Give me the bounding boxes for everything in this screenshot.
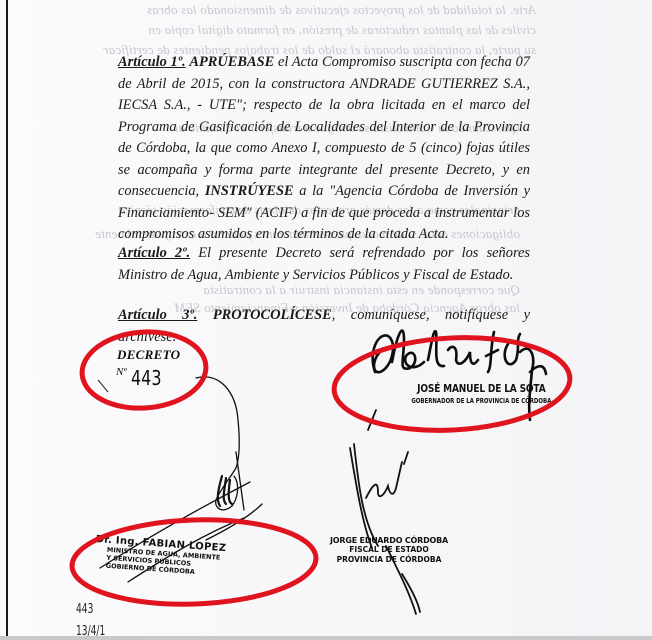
decree-number-value: 443 xyxy=(131,366,162,390)
bleed-through-text: civiles de las plantas reductoras de pre… xyxy=(116,22,536,38)
page-left-border xyxy=(6,0,8,636)
decree-number: Nº 443 xyxy=(116,366,169,390)
governor-name: JOSÉ MANUEL DE LA SOTA xyxy=(411,382,551,395)
decree-label: DECRETO xyxy=(117,347,180,363)
article-3-label: Artículo 3º. xyxy=(118,307,197,323)
article-1-keyword-2: INSTRÚYESE xyxy=(205,183,294,199)
article-1-keyword: APRÚEBASE xyxy=(189,54,274,70)
article-1-text-a: el Acta Compromiso suscripta con fecha 0… xyxy=(118,54,530,199)
prosecutor-role-line: PROVINCIA DE CÓRDOBA xyxy=(330,555,448,565)
article-2: Artículo 2º. El presente Decreto será re… xyxy=(118,243,530,286)
page-bottom-edge xyxy=(0,636,652,640)
handwritten-note: 443 xyxy=(76,602,93,617)
article-3-keyword: PROTOCOLÍCESE xyxy=(213,307,332,323)
article-1-label: Artículo 1º. xyxy=(118,54,186,70)
decree-number-prefix: Nº xyxy=(116,366,127,378)
scanned-document-page: Arte. la totalidad de los proyectos ejec… xyxy=(0,0,652,636)
governor-role: GOBERNADOR DE LA PROVINCIA DE CÓRDOBA xyxy=(411,397,551,405)
pen-mark xyxy=(98,380,108,392)
prosecutor-name: JORGE EDUARDO CÓRDOBA xyxy=(330,536,448,545)
prosecutor-stamp: JORGE EDUARDO CÓRDOBA FISCAL DE ESTADO P… xyxy=(330,536,448,565)
minister-stamp: Dr. Ing. FABIAN LOPEZ MINISTRO DE AGUA, … xyxy=(94,534,227,578)
article-1: Artículo 1º. APRÚEBASE el Acta Compromis… xyxy=(118,52,530,246)
article-2-label: Artículo 2º. xyxy=(118,245,190,261)
prosecutor-signature xyxy=(350,410,420,614)
bleed-through-text: Arte. la totalidad de los proyectos ejec… xyxy=(116,2,536,18)
governor-stamp: JOSÉ MANUEL DE LA SOTA GOBERNADOR DE LA … xyxy=(396,382,567,405)
article-3: Artículo 3º. PROTOCOLÍCESE, comuníquese,… xyxy=(118,305,530,348)
prosecutor-role-line: FISCAL DE ESTADO xyxy=(330,545,448,555)
